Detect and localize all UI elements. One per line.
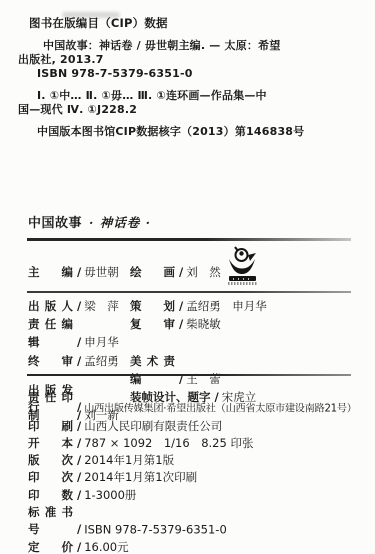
separator-slash: / [179,317,183,331]
chief-editor-label: 主编 [28,265,73,279]
separator-slash: / [77,436,81,450]
credit-cell: 出版人/梁 萍 [28,297,130,315]
cip-block: 图书在版编目（CIP）数据 中国故事：神话卷 / 毋世朝主编. — 太原：希望 … [18,16,361,139]
cip-line-1: 中国故事：神话卷 / 毋世朝主编. — 太原：希望 [18,39,361,53]
publication-value: 1-3000册 [84,488,136,502]
publication-label: 出版发行 [28,382,73,417]
spacer [18,117,361,125]
publication-label: 印数 [28,487,73,504]
book-title: 中国故事 · 神话卷 · [28,212,151,231]
separator-slash: / [77,354,81,368]
separator-slash: / [77,453,81,467]
publication-value: 2014年1月第1次印刷 [84,470,197,484]
publication-row: 开本/787 × 1092 1/16 8.25 印张 [28,435,371,452]
publication-label: 定价 [28,539,73,554]
publication-row: 印数/1-3000册 [28,487,371,504]
publisher-logo-bar [229,276,256,281]
publication-value: 山西出版传媒集团·希望出版社（山西省太原市建设南路21号） [84,403,356,414]
illustrator-name: 刘 然 [186,265,221,279]
credit-label: 终审 [28,352,73,370]
publication-row: 标准书号/ISBN 978-7-5379-6351-0 [28,504,371,539]
credit-cell: 复审/柴晓敏 [130,315,221,351]
publication-row: 版次/2014年1月第1版 [28,452,371,469]
cip-classification-2: 国—现代 Ⅳ. ①J228.2 [18,103,361,117]
publication-label: 标准书号 [28,504,73,539]
spacer [18,81,361,89]
publisher-logo-caption [228,282,257,285]
publication-value: 2014年1月第1版 [84,453,174,467]
cip-classification-1: Ⅰ. ①中… Ⅱ. ①毋… Ⅲ. ①连环画—作品集—中 [18,89,361,103]
credits-top-row: 主编/毋世朝 绘画/刘 然 [28,265,369,279]
separator-slash: / [179,265,183,279]
publication-label: 版次 [28,452,73,469]
publication-row: 定价/16.00元 [28,539,371,554]
credit-name: 申月华 [84,335,119,349]
credits-row: 责任编辑/申月华 复审/柴晓敏 [28,315,369,351]
cip-record-number: 中国版本图书馆CIP数据核字（2013）第146838号 [18,125,361,139]
publication-label: 开本 [28,435,73,452]
credit-name: 柴晓敏 [186,317,221,331]
credit-cell: 策划/孟绍勇 申月华 [130,297,267,315]
publication-value: ISBN 978-7-5379-6351-0 [84,522,227,536]
separator-slash: / [77,419,81,433]
separator-slash: / [77,540,81,554]
credit-name: 孟绍勇 申月华 [186,299,267,313]
separator-slash: / [77,522,81,536]
separator-slash: / [77,470,81,484]
cip-isbn: ISBN 978-7-5379-6351-0 [18,67,361,81]
chief-editor-cell: 主编/毋世朝 [28,265,130,279]
publisher-logo [226,246,258,285]
separator-slash: / [77,488,81,502]
separator-slash: / [77,335,81,349]
publication-row: 印次/2014年1月第1次印刷 [28,469,371,486]
credits-row: 出版人/梁 萍 策划/孟绍勇 申月华 [28,297,369,315]
credit-label: 复审 [130,315,175,333]
credit-label: 策划 [130,297,175,315]
book-title-volume: · 神话卷 · [89,215,151,230]
cip-line-2: 出版社, 2013.7 [18,53,361,67]
separator-slash: / [179,299,183,313]
publication-row: 印刷/山西人民印刷有限责任公司 [28,418,371,435]
credit-label: 责任编辑 [28,315,73,351]
separator-slash: / [77,400,81,414]
publication-label: 印刷 [28,418,73,435]
publication-details-block: 出版发行/山西出版传媒集团·希望出版社（山西省太原市建设南路21号） 印刷/山西… [28,382,371,554]
publication-value: 16.00元 [84,540,128,554]
publisher-bird-emblem-icon [227,246,257,275]
credit-name: 孟绍勇 [84,354,119,368]
publication-row: 出版发行/山西出版传媒集团·希望出版社（山西省太原市建设南路21号） [28,382,371,418]
illustrator-label: 绘画 [130,265,175,279]
copyright-page: 图书在版编目（CIP）数据 中国故事：神话卷 / 毋世朝主编. — 太原：希望 … [0,0,375,554]
separator-slash: / [77,265,81,279]
book-title-main: 中国故事 [28,216,82,231]
publication-value: 787 × 1092 1/16 8.25 印张 [84,436,253,450]
divider-rule-top [27,238,351,241]
publication-label: 印次 [28,469,73,486]
publication-value: 山西人民印刷有限责任公司 [84,419,222,433]
chief-editor-name: 毋世朝 [84,265,119,279]
divider-rule-bottom [27,374,351,376]
credit-name: 梁 萍 [84,299,119,313]
cip-header: 图书在版编目（CIP）数据 [18,16,361,30]
separator-slash: / [77,299,81,313]
divider-rule-middle [27,291,351,293]
credit-label: 出版人 [28,297,73,315]
credit-cell: 责任编辑/申月华 [28,315,130,351]
illustrator-cell: 绘画/刘 然 [130,265,221,279]
